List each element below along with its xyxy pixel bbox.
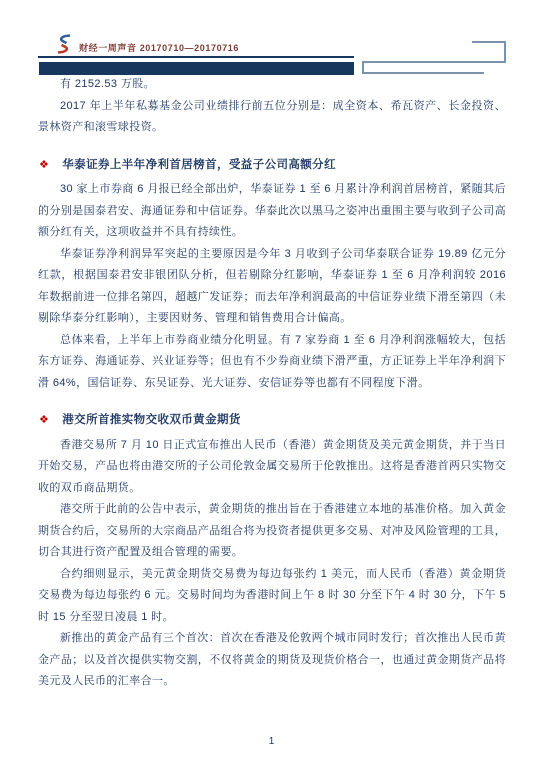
body-paragraph: 有 2152.53 万股。	[38, 74, 506, 96]
body-paragraph: 港交所于此前的公告中表示，黄金期货的推出旨在于香港建立本地的基准价格。加入黄金期…	[38, 499, 506, 564]
section-heading: ❖华泰证券上半年净利首居榜首，受益子公司高额分红	[38, 155, 506, 177]
body-paragraph: 新推出的黄金产品有三个首次：首次在香港及伦敦两个城市同时发行；首次推出人民币黄金…	[38, 628, 506, 693]
brand-logo-icon	[53, 34, 75, 54]
body-paragraph: 30 家上市券商 6 月报已经全部出炉，华泰证券 1 至 6 月累计净利润首居榜…	[38, 179, 506, 244]
page-number: 1	[0, 736, 543, 747]
diamond-bullet-icon: ❖	[39, 414, 49, 426]
header-rule	[38, 56, 354, 58]
body-paragraph: 合约细则显示，美元黄金期货交易费为每边每张约 1 美元，而人民币（香港）黄金期货…	[38, 564, 506, 629]
body-paragraph: 华泰证券净利润异军突起的主要原因是今年 3 月收到子公司华泰联合证券 19.89…	[38, 244, 506, 330]
body-paragraph: 总体来看，上半年上市券商业绩分化明显。有 7 家券商 1 至 6 月净利润涨幅较…	[38, 330, 506, 395]
section-heading-text: 港交所首推实物交收双币黄金期货	[62, 414, 241, 426]
diamond-bullet-icon: ❖	[39, 159, 49, 171]
header-title: 财经一周声音 20170710—20170716	[79, 41, 239, 54]
section-heading: ❖港交所首推实物交收双币黄金期货	[38, 410, 506, 432]
body-paragraph: 2017 年上半年私募基金公司业绩排行前五位分别是：成全资本、希瓦资产、长金投资…	[38, 96, 506, 139]
section-heading-text: 华泰证券上半年净利首居榜首，受益子公司高额分红	[62, 159, 336, 171]
frame-outline-right	[504, 41, 506, 63]
document-page: 财经一周声音 20170710—20170716 有 2152.53 万股。 2…	[0, 0, 543, 768]
frame-outline-top	[472, 41, 506, 43]
body-paragraph: 香港交易所 7 月 10 日正式宣布推出人民币（香港）黄金期货及美元黄金期货，并…	[38, 435, 506, 500]
document-body: 有 2152.53 万股。 2017 年上半年私募基金公司业绩排行前五位分别是：…	[38, 67, 506, 693]
frame-outline-bottom	[362, 61, 506, 63]
